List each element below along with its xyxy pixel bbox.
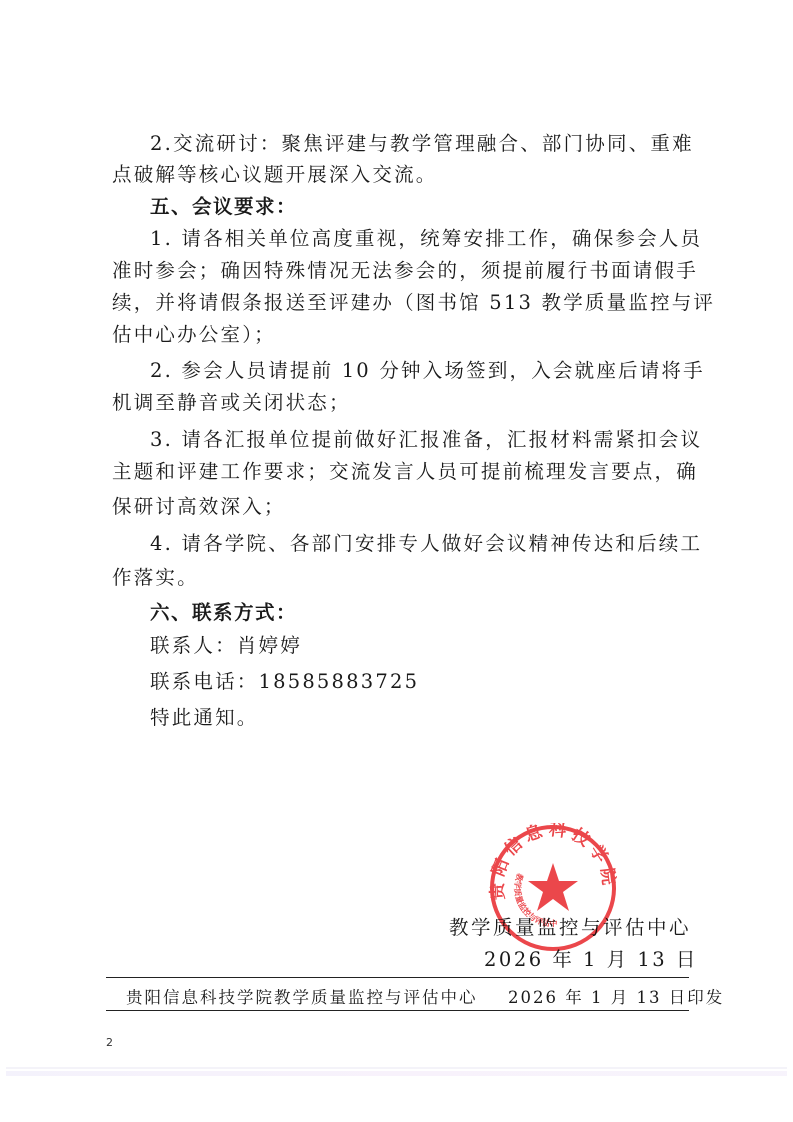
discussion-item-line-1: 2.交流研讨：聚焦评建与教学管理融合、部门协同、重难: [150, 131, 694, 157]
requirement-2-line-1: 2. 参会人员请提前 10 分钟入场签到，入会就座后请将手: [150, 358, 705, 384]
contact-person: 联系人：肖婷婷: [150, 633, 302, 659]
requirement-4-line-1: 4. 请各学院、各部门安排专人做好会议精神传达和后续工: [150, 531, 702, 557]
footer-issue-date: 2026 年 1 月 13 日印发: [508, 984, 724, 1008]
requirement-1-line-4: 估中心办公室）；: [112, 322, 276, 348]
section-heading-requirements: 五、会议要求：: [150, 194, 297, 220]
closing-remark: 特此通知。: [150, 705, 259, 731]
requirement-1-line-3: 续，并将请假条报送至评建办（图书馆 513 教学质量监控与评: [112, 290, 715, 316]
page-number: 2: [106, 1036, 113, 1049]
requirement-1-line-1: 1. 请各相关单位高度重视，统筹安排工作，确保参会人员: [150, 226, 702, 252]
requirement-3-line-1: 3. 请各汇报单位提前做好汇报准备，汇报材料需紧扣会议: [150, 427, 702, 453]
requirement-1-line-2: 准时参会；确因特殊情况无法参会的，须提前履行书面请假手: [112, 258, 698, 284]
requirement-4-line-2: 作落实。: [112, 565, 199, 591]
document-page: 2.交流研讨：聚焦评建与教学管理融合、部门协同、重难 点破解等核心议题开展深入交…: [0, 0, 793, 1122]
scan-artifact: [6, 1071, 787, 1076]
requirement-2-line-2: 机调至静音或关闭状态；: [112, 390, 351, 416]
section-heading-contact: 六、联系方式：: [150, 600, 297, 626]
footer-top-rule: [106, 977, 689, 978]
requirement-3-line-3: 保研讨高效深入；: [112, 494, 286, 520]
discussion-item-line-2: 点破解等核心议题开展深入交流。: [112, 162, 438, 188]
scan-artifact: [6, 1067, 787, 1069]
contact-phone: 联系电话：18585883725: [150, 669, 419, 695]
requirement-3-line-2: 主题和评建工作要求；交流发言人员可提前梳理发言要点，确: [112, 459, 698, 485]
official-seal-icon: 贵阳信息科技学院 教学质量监控与评估中心: [488, 823, 618, 953]
footer-issuer: 贵阳信息科技学院教学质量监控与评估中心: [126, 984, 478, 1008]
footer-bottom-rule: [106, 1010, 689, 1011]
